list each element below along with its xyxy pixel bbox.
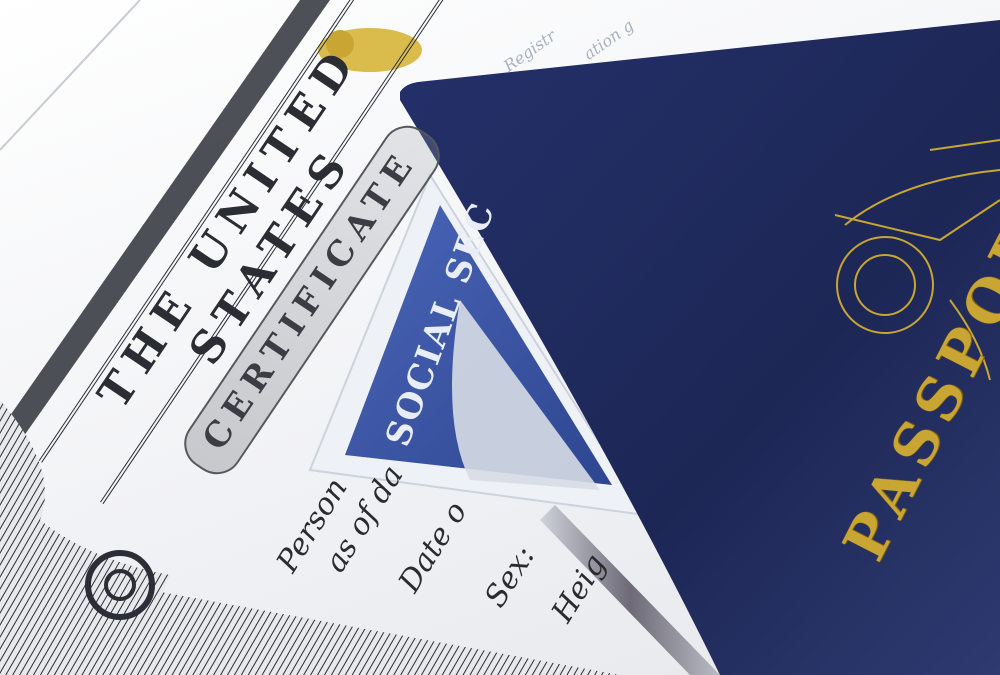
photo-scene: The United States Certificate Person as … bbox=[0, 0, 1000, 675]
